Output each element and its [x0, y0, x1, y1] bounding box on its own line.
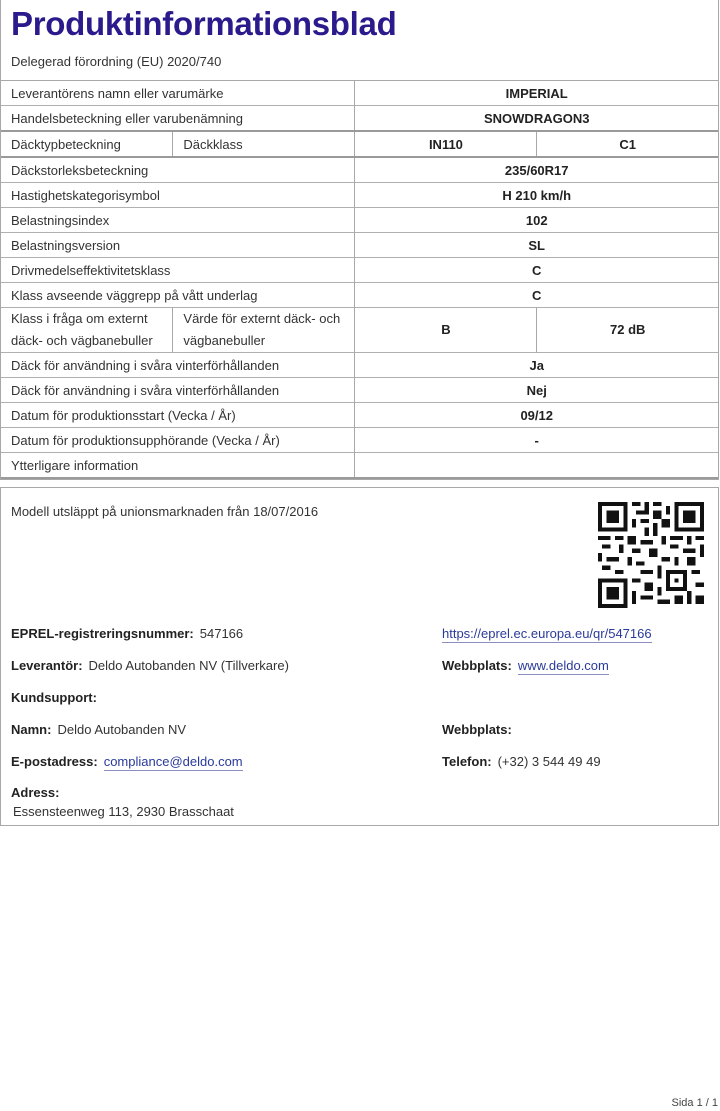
table-row: Däck för användning i svåra vinterförhål…	[1, 353, 718, 378]
wet-grip-value: C	[355, 283, 718, 308]
eprel-label: EPREL-registreringsnummer:	[11, 626, 194, 641]
website-link[interactable]: www.deldo.com	[518, 658, 609, 675]
prod-start-value: 09/12	[355, 403, 718, 428]
name-value: Deldo Autobanden NV	[57, 722, 186, 737]
noise-value-label: Värde för externt däck- och vägbanebulle…	[173, 308, 355, 353]
supplier-row: Leverantör:Deldo Autobanden NV (Tillverk…	[11, 658, 289, 673]
phone-row: Telefon:(+32) 3 544 49 49	[442, 754, 601, 769]
prod-end-label: Datum för produktionsupphörande (Vecka /…	[1, 428, 355, 453]
table-row: Belastningsindex 102	[1, 208, 718, 233]
table-row: Leverantörens namn eller varumärke IMPER…	[1, 81, 718, 106]
address-value: Essensteenweg 113, 2930 Brasschaat	[13, 804, 234, 819]
eprel-link[interactable]: https://eprel.ec.europa.eu/qr/547166	[442, 626, 652, 643]
table-row: Däck för användning i svåra vinterförhål…	[1, 378, 718, 403]
table-row: Drivmedelseffektivitetsklass C	[1, 258, 718, 283]
name-label: Namn:	[11, 722, 51, 737]
eprel-row: EPREL-registreringsnummer:547166	[11, 626, 243, 641]
table-row: Klass avseende väggrepp på vått underlag…	[1, 283, 718, 308]
eprel-value: 547166	[200, 626, 243, 641]
speed-value: H 210 km/h	[355, 183, 718, 208]
ice-label: Däck för användning i svåra vinterförhål…	[1, 378, 355, 403]
email-row: E-postadress:compliance@deldo.com	[11, 754, 243, 769]
supplier-value: IMPERIAL	[355, 81, 718, 106]
supplier-label: Leverantörens namn eller varumärke	[1, 81, 355, 106]
class-label: Däckklass	[173, 131, 355, 157]
load-index-value: 102	[355, 208, 718, 233]
wet-grip-label: Klass avseende väggrepp på vått underlag	[1, 283, 355, 308]
support-heading: Kundsupport:	[11, 690, 103, 705]
support-label: Kundsupport:	[11, 690, 97, 705]
speed-label: Hastighetskategorisymbol	[1, 183, 355, 208]
trade-value: SNOWDRAGON3	[355, 106, 718, 132]
page-title: Produktinformationsblad	[1, 0, 718, 48]
phone-value: (+32) 3 544 49 49	[498, 754, 601, 769]
fuel-value: C	[355, 258, 718, 283]
table-row: Ytterligare information	[1, 453, 718, 479]
support-website-label: Webbplats:	[442, 722, 512, 737]
eprel-link-row: https://eprel.ec.europa.eu/qr/547166	[442, 626, 652, 641]
table-row: Datum för produktionsupphörande (Vecka /…	[1, 428, 718, 453]
market-date-text: Modell utsläppt på unionsmarknaden från …	[11, 504, 318, 519]
supplier-details-box: Modell utsläppt på unionsmarknaden från …	[0, 487, 719, 826]
extra-info-value	[355, 453, 718, 479]
prod-start-label: Datum för produktionsstart (Vecka / År)	[1, 403, 355, 428]
address-label: Adress:	[11, 785, 59, 800]
website-label: Webbplats:	[442, 658, 512, 673]
prod-end-value: -	[355, 428, 718, 453]
extra-info-label: Ytterligare information	[1, 453, 355, 479]
snow-label: Däck för användning i svåra vinterförhål…	[1, 353, 355, 378]
tyre-info-table: Leverantörens namn eller varumärke IMPER…	[1, 81, 718, 479]
load-index-label: Belastningsindex	[1, 208, 355, 233]
website-row: Webbplats:www.deldo.com	[442, 658, 609, 673]
support-name-row: Namn:Deldo Autobanden NV	[11, 722, 186, 737]
table-row: Klass i fråga om externt däck- och vägba…	[1, 308, 718, 353]
size-label: Däckstorleksbeteckning	[1, 157, 355, 183]
ice-value: Nej	[355, 378, 718, 403]
support-website-row: Webbplats:	[442, 722, 518, 737]
table-row: Handelsbeteckning eller varubenämning SN…	[1, 106, 718, 132]
trade-label: Handelsbeteckning eller varubenämning	[1, 106, 355, 132]
noise-class-label: Klass i fråga om externt däck- och vägba…	[1, 308, 173, 353]
product-info-sheet: Produktinformationsblad Delegerad förord…	[0, 0, 719, 480]
fuel-label: Drivmedelseffektivitetsklass	[1, 258, 355, 283]
size-value: 235/60R17	[355, 157, 718, 183]
load-version-label: Belastningsversion	[1, 233, 355, 258]
email-link[interactable]: compliance@deldo.com	[104, 754, 243, 771]
type-label: Däcktypbeteckning	[1, 131, 173, 157]
phone-label: Telefon:	[442, 754, 492, 769]
address-heading: Adress:	[11, 785, 65, 800]
type-value: IN110	[355, 131, 537, 157]
class-value: C1	[537, 131, 718, 157]
table-row: Däckstorleksbeteckning 235/60R17	[1, 157, 718, 183]
noise-db-value: 72 dB	[537, 308, 718, 353]
qr-code-icon[interactable]	[598, 502, 704, 608]
supplier-label: Leverantör:	[11, 658, 83, 673]
email-label: E-postadress:	[11, 754, 98, 769]
table-row: Däcktypbeteckning Däckklass IN110 C1	[1, 131, 718, 157]
snow-value: Ja	[355, 353, 718, 378]
regulation-subtitle: Delegerad förordning (EU) 2020/740	[1, 48, 718, 81]
supplier-value: Deldo Autobanden NV (Tillverkare)	[89, 658, 289, 673]
table-row: Belastningsversion SL	[1, 233, 718, 258]
load-version-value: SL	[355, 233, 718, 258]
noise-class-value: B	[355, 308, 537, 353]
page-number: Sida 1 / 1	[672, 1097, 718, 1109]
table-row: Datum för produktionsstart (Vecka / År) …	[1, 403, 718, 428]
table-row: Hastighetskategorisymbol H 210 km/h	[1, 183, 718, 208]
